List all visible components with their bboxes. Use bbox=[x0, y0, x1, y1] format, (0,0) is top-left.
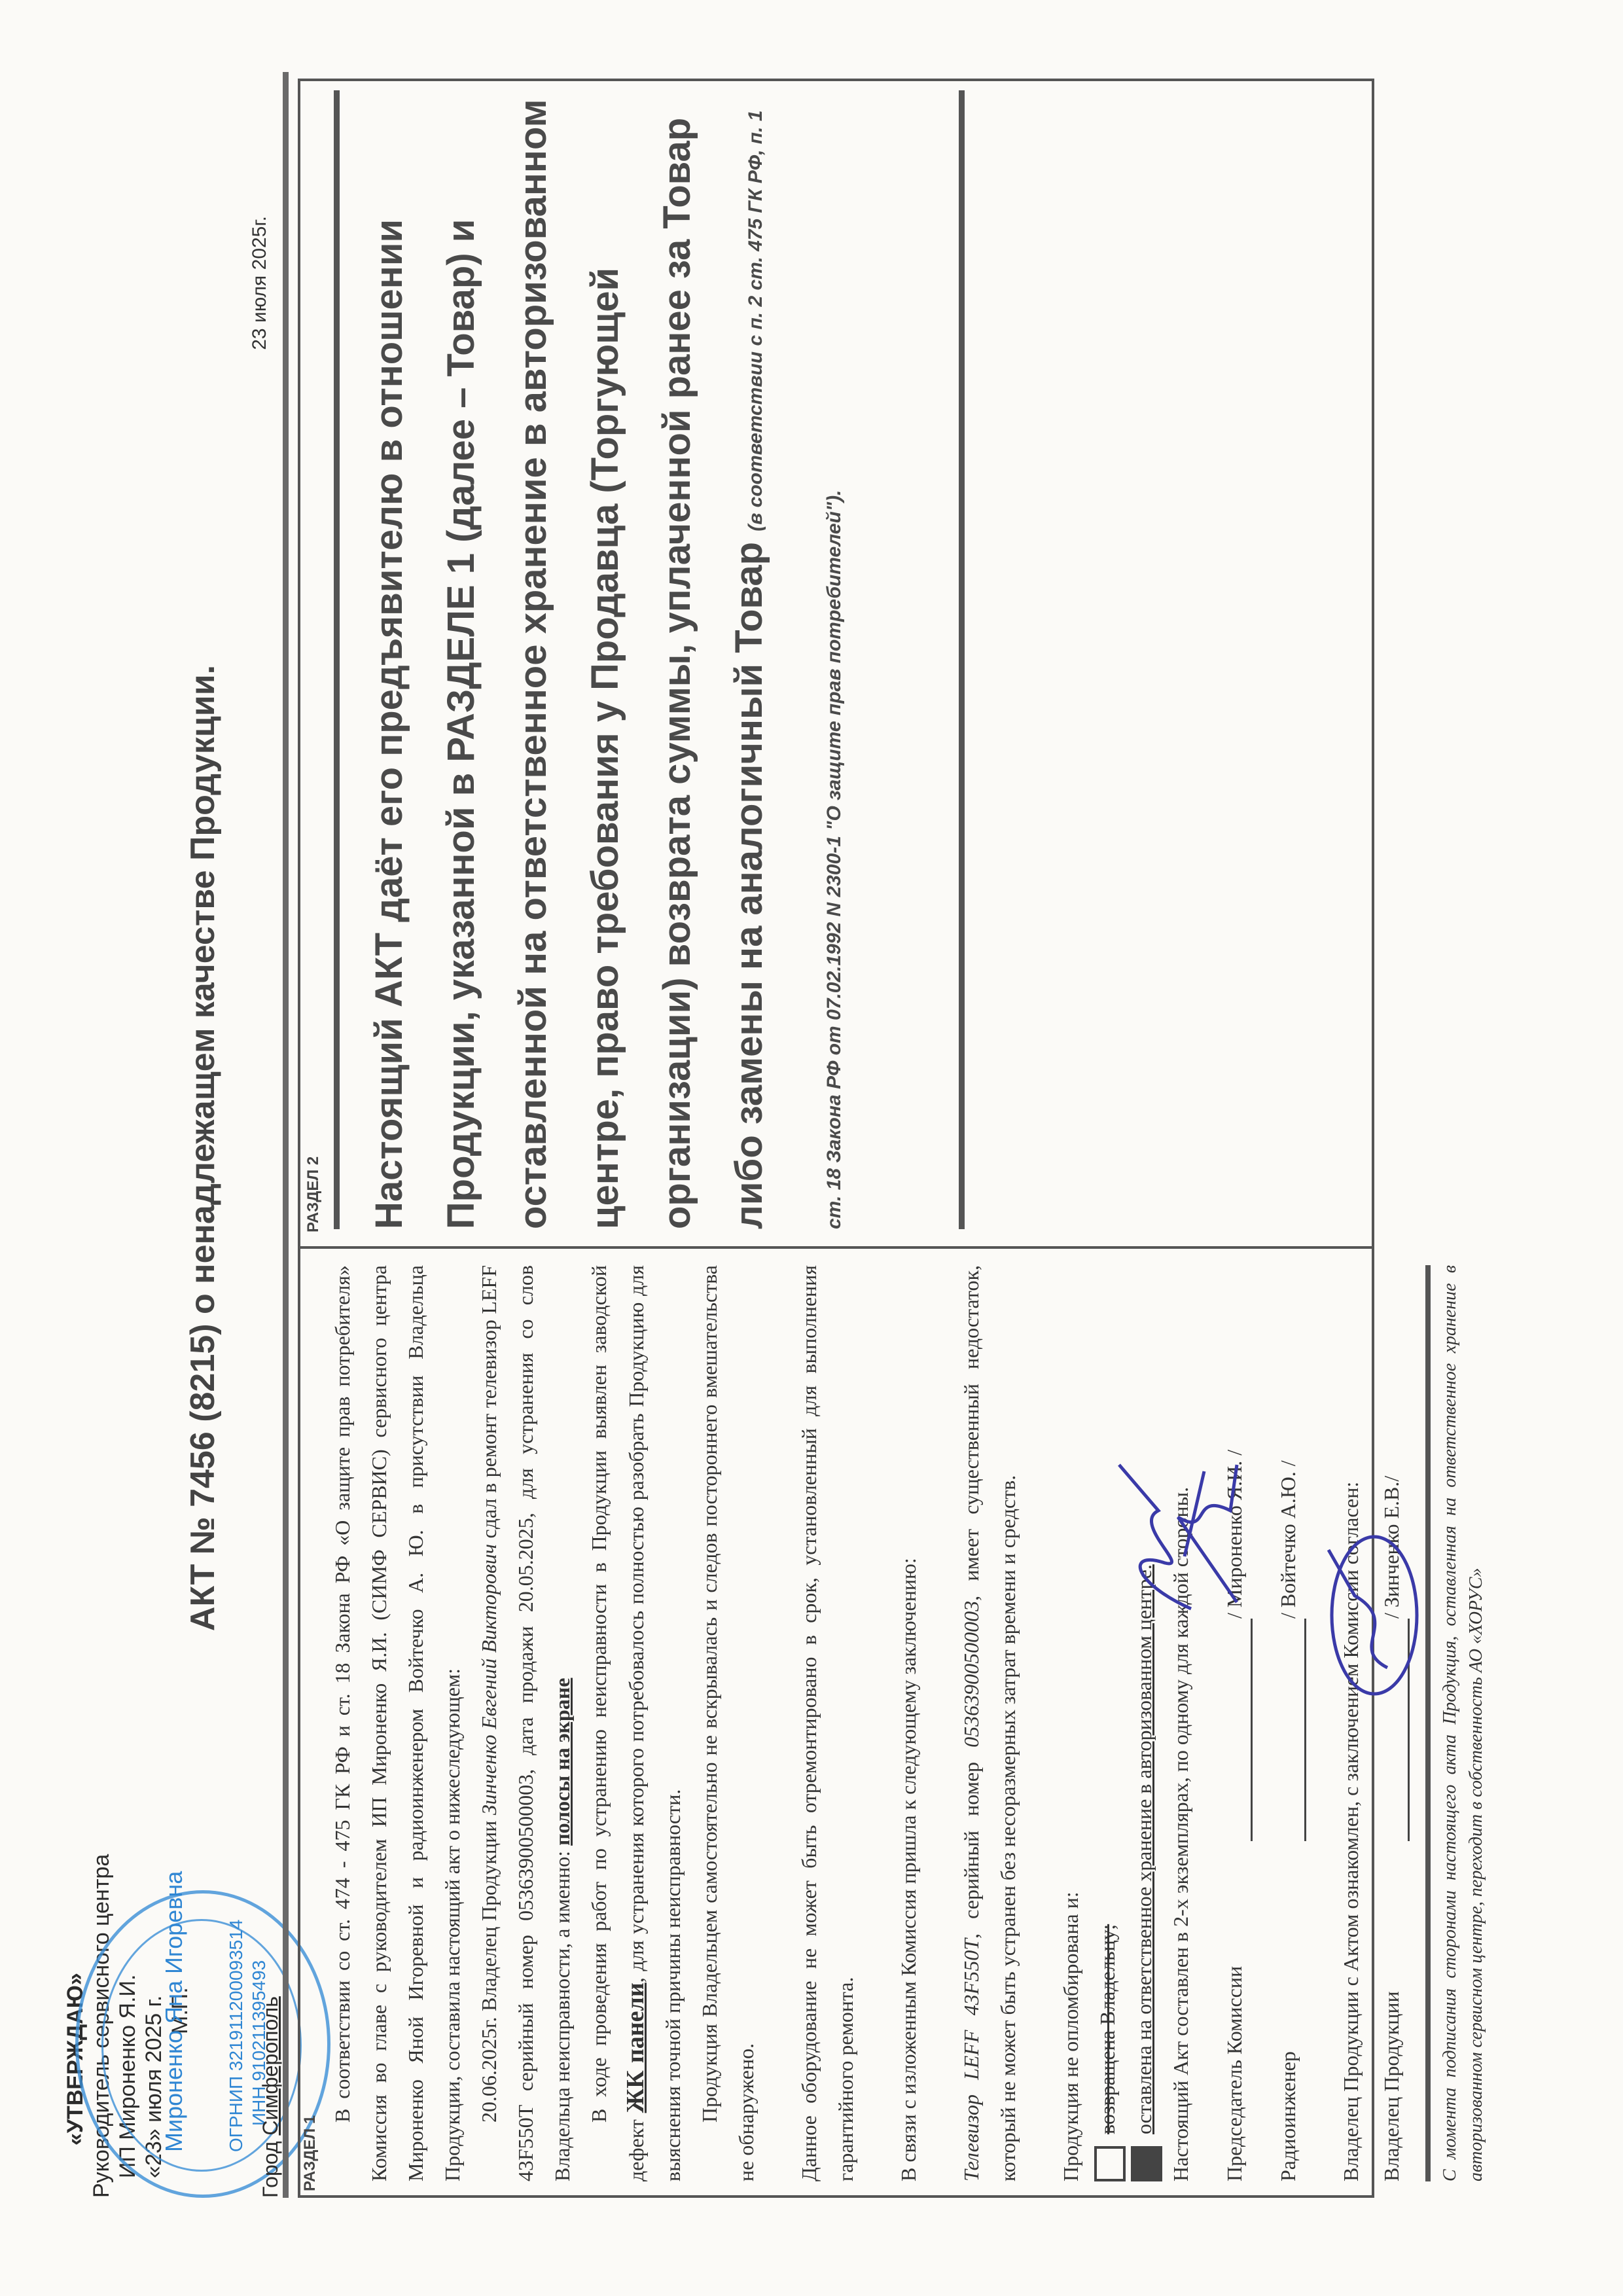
signature-line-engineer[interactable] bbox=[1273, 1619, 1306, 1841]
approval-block: «УТВЕРЖДАЮ» Руководитель сервисного цент… bbox=[62, 1727, 278, 2198]
section2-text: Настоящий АКТ даёт его предъявителю в от… bbox=[353, 90, 870, 1229]
section1-conclusion-intro: В связи с изложенным Комиссия пришла к с… bbox=[890, 1265, 927, 2181]
checkbox-returned[interactable] bbox=[1094, 2146, 1126, 2181]
section1-intro: В соответствии со ст. 474 - 475 ГК РФ и … bbox=[324, 1265, 471, 2181]
header-rule bbox=[283, 72, 289, 2198]
section1-label: РАЗДЕЛ 1 bbox=[301, 2115, 319, 2191]
section1: В соответствии со ст. 474 - 475 ГК РФ и … bbox=[324, 1265, 1489, 2181]
seal-note: Продукция не опломбирована и: bbox=[1052, 1265, 1089, 2181]
document-date: 23 июля 2025г. bbox=[249, 216, 271, 350]
owner-name: Зинченко Евгений Викторович bbox=[477, 1544, 501, 1815]
signature-engineer-scribble bbox=[1165, 1445, 1257, 1615]
document-title: АКТ № 7456 (8215) о ненадлежащем качеств… bbox=[183, 0, 223, 2296]
reported-defect: полосы на экране bbox=[550, 1678, 574, 1846]
city-label: Город bbox=[259, 2141, 282, 2198]
section-divider bbox=[298, 1246, 1374, 1249]
city-line: Город Симферополь bbox=[259, 1996, 283, 2198]
found-defect: ЖК панели bbox=[622, 1982, 649, 2113]
footnote: С момента подписания сторонами настоящег… bbox=[1437, 1265, 1489, 2181]
section1-no-tamper: Продукция Владельцем самостоятельно не в… bbox=[691, 1265, 764, 2181]
signature-line-chair[interactable] bbox=[1219, 1619, 1253, 1841]
section1-conclusion: Телевизор LEFF 43F550T, серийный номер 0… bbox=[953, 1265, 1026, 2181]
section1-no-repair: Данное оборудование не может быть отремо… bbox=[791, 1265, 864, 2181]
footnote-rule bbox=[1425, 1265, 1431, 2181]
option-returned[interactable]: возвращена Владельцу; bbox=[1089, 1265, 1126, 2181]
section2-top-rule bbox=[334, 90, 340, 1229]
document-page: «УТВЕРЖДАЮ» Руководитель сервисного цент… bbox=[0, 0, 1623, 2296]
section2-bottom-rule bbox=[959, 90, 965, 1229]
signature-chair: Председатель Комиссии / Мироненко Я.И. / bbox=[1216, 1265, 1253, 2181]
approval-title: «УТВЕРЖДАЮ» bbox=[62, 1727, 88, 2198]
checkbox-stored[interactable] bbox=[1131, 2146, 1162, 2181]
owner-acknowledgement: Владелец Продукции с Актом ознакомлен, с… bbox=[1332, 1265, 1369, 2181]
section2-label: РАЗДЕЛ 2 bbox=[304, 1157, 323, 1232]
signature-engineer: Радиоинженер / Войтечко А.Ю. / bbox=[1270, 1265, 1306, 2181]
section1-intake: 20.06.2025г. Владелец Продукции Зинченко… bbox=[471, 1265, 580, 2181]
signature-owner-scribble bbox=[1309, 1511, 1427, 1707]
section1-findings: В ходе проведения работ по устранению не… bbox=[580, 1265, 691, 2181]
signature-owner: Владелец Продукции / Зинченко Е.В./ bbox=[1373, 1265, 1410, 2181]
copies-note: Настоящий Акт составлен в 2-х экземпляра… bbox=[1162, 1265, 1199, 2181]
stamp-ogrnip: ОГРНИП 321911200093514 bbox=[226, 1920, 247, 2152]
option-stored[interactable]: оставлена на ответственное хранение в ав… bbox=[1126, 1265, 1162, 2181]
city-name: Симферополь bbox=[259, 1996, 282, 2135]
